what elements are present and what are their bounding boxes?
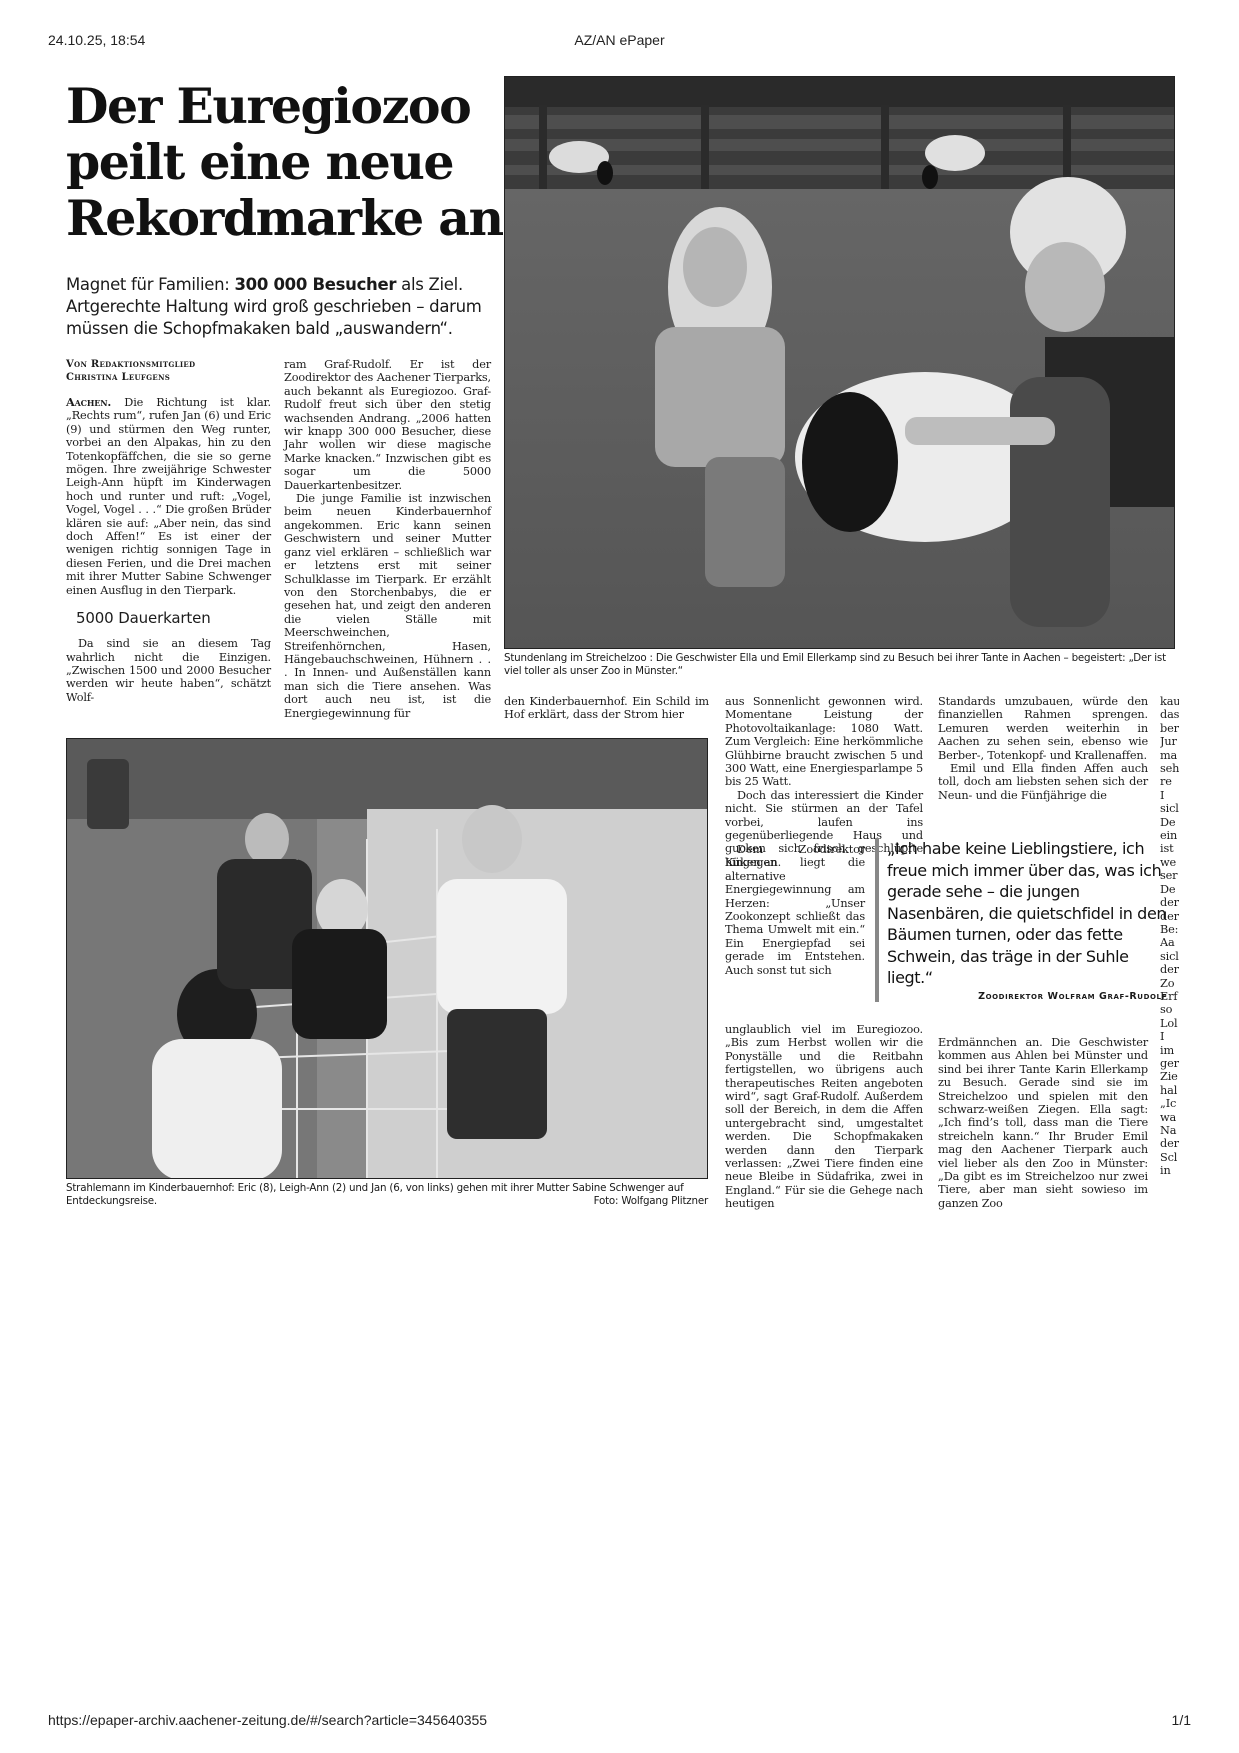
- column-6-line: re: [1160, 775, 1179, 788]
- column-6-line: der: [1160, 963, 1179, 976]
- column-6-line: I: [1160, 789, 1179, 802]
- column-6-line: Erf: [1160, 990, 1179, 1003]
- paragraph: Die junge Familie ist inzwischen beim ne…: [284, 492, 491, 720]
- caption-text: Strahlemann im Kinderbauernhof: Eric (8)…: [66, 1182, 684, 1207]
- subheading: 5000 Dauerkarten: [76, 609, 271, 627]
- column-6-line: „Ic: [1160, 1097, 1179, 1110]
- photo-caption-bottom: Strahlemann im Kinderbauernhof: Eric (8)…: [66, 1182, 708, 1208]
- column-6-line: ser: [1160, 869, 1179, 882]
- print-footer-url: https://epaper-archiv.aachener-zeitung.d…: [48, 1712, 487, 1728]
- paragraph: Aachen. Die Richtung ist klar. „Rechts r…: [66, 396, 271, 597]
- column-6-line: Jur: [1160, 735, 1179, 748]
- article-column-3: den Kinderbauernhof. Ein Schild im Hof e…: [504, 695, 709, 722]
- paragraph: den Kinderbauernhof. Ein Schild im Hof e…: [504, 695, 709, 722]
- paragraph: Emil und Ella finden Affen auch toll, do…: [938, 762, 1148, 802]
- column-6-line: Be:: [1160, 923, 1179, 936]
- column-6-line: ein: [1160, 829, 1179, 842]
- column-6-line: hal: [1160, 1084, 1179, 1097]
- paragraph: Erdmännchen an. Die Geschwister kommen a…: [938, 1036, 1148, 1210]
- pull-quote-attribution: Zoodirektor Wolfram Graf-Rudolf: [887, 991, 1175, 1002]
- photo-children-with-sheep: [505, 77, 1175, 649]
- column-6-line: De: [1160, 883, 1179, 896]
- article-deck: Magnet für Familien: 300 000 Besucher al…: [66, 274, 496, 340]
- column-6-line: der: [1160, 896, 1179, 909]
- print-header-title: AZ/AN ePaper: [0, 32, 1239, 48]
- paragraph-text: Die Richtung ist klar. „Rechts rum“, ruf…: [66, 396, 271, 597]
- photo-streichelzoo: [504, 76, 1175, 649]
- paragraph: ram Graf-Rudolf. Er ist der Zoodirektor …: [284, 358, 491, 492]
- dateline: Aachen.: [66, 395, 111, 409]
- column-6-line: we: [1160, 856, 1179, 869]
- column-6-line: Zo: [1160, 977, 1179, 990]
- column-6-line: ber: [1160, 722, 1179, 735]
- column-6-line: Lol: [1160, 1017, 1179, 1030]
- column-6-line: kau: [1160, 695, 1179, 708]
- column-6-line: Scl: [1160, 1151, 1179, 1164]
- column-6-line: ma: [1160, 749, 1179, 762]
- column-6-line: ger: [1160, 1057, 1179, 1070]
- article-column-2: ram Graf-Rudolf. Er ist der Zoodirektor …: [284, 358, 491, 720]
- photo-credit: Foto: Wolfgang Plitzner: [594, 1195, 708, 1208]
- deck-bold: 300 000 Besucher: [234, 275, 396, 294]
- byline-author: Christina Leufgens: [66, 371, 271, 384]
- article-column-6-cropped: kaudasberJurmasehreIsiclDeeinistweserDed…: [1160, 695, 1179, 1178]
- byline-role: Von Redaktionsmitglied: [66, 358, 271, 371]
- column-6-line: der: [1160, 1137, 1179, 1150]
- column-6-line: ist: [1160, 842, 1179, 855]
- deck-pre: Magnet für Familien:: [66, 275, 234, 294]
- pull-quote-text: „Ich habe keine Lieblingstiere, ich freu…: [887, 838, 1175, 989]
- column-6-line: wa: [1160, 1111, 1179, 1124]
- photo-caption-top: Stundenlang im Streichelzoo : Die Geschw…: [504, 652, 1175, 678]
- article-column-5: Standards umzubauen, würde den finanziel…: [938, 695, 1148, 802]
- photo-family-at-enclosure: [67, 739, 708, 1179]
- paragraph: Dem Zoodirektor hingegen liegt die alter…: [725, 843, 865, 977]
- column-6-line: seh: [1160, 762, 1179, 775]
- column-6-line: Zie: [1160, 1070, 1179, 1083]
- paragraph: aus Sonnenlicht gewonnen wird. Momentane…: [725, 695, 923, 789]
- photo-kinderbauernhof: [66, 738, 708, 1179]
- byline: Von Redaktionsmitglied Christina Leufgen…: [66, 358, 271, 384]
- column-6-line: in: [1160, 1164, 1179, 1177]
- paragraph: Standards umzubauen, würde den finanziel…: [938, 695, 1148, 762]
- paragraph: Da sind sie an diesem Tag wahrlich nicht…: [66, 637, 271, 704]
- column-6-line: sicl: [1160, 950, 1179, 963]
- column-6-line: im: [1160, 1044, 1179, 1057]
- column-6-line: sicl: [1160, 802, 1179, 815]
- pull-quote: „Ich habe keine Lieblingstiere, ich freu…: [875, 838, 1175, 1002]
- article-column-1: Von Redaktionsmitglied Christina Leufgen…: [66, 358, 271, 704]
- article-column-4-lower: unglaublich viel im Euregiozoo. „Bis zum…: [725, 1023, 923, 1211]
- column-6-line: das: [1160, 708, 1179, 721]
- column-6-line: Na: [1160, 1124, 1179, 1137]
- article-column-4-narrow: Dem Zoodirektor hingegen liegt die alter…: [725, 843, 865, 977]
- column-6-line: der: [1160, 910, 1179, 923]
- article-headline: Der Euregiozoo peilt eine neue Rekordmar…: [66, 78, 506, 246]
- column-6-line: De: [1160, 816, 1179, 829]
- print-footer-page: 1/1: [1172, 1712, 1191, 1728]
- column-6-line: so: [1160, 1003, 1179, 1016]
- column-6-fragments: kaudasberJurmasehreIsiclDeeinistweserDed…: [1160, 695, 1179, 1178]
- article-column-5-lower: Erdmännchen an. Die Geschwister kommen a…: [938, 1036, 1148, 1210]
- column-6-line: I: [1160, 1030, 1179, 1043]
- paragraph: unglaublich viel im Euregiozoo. „Bis zum…: [725, 1023, 923, 1211]
- column-6-line: Aa: [1160, 936, 1179, 949]
